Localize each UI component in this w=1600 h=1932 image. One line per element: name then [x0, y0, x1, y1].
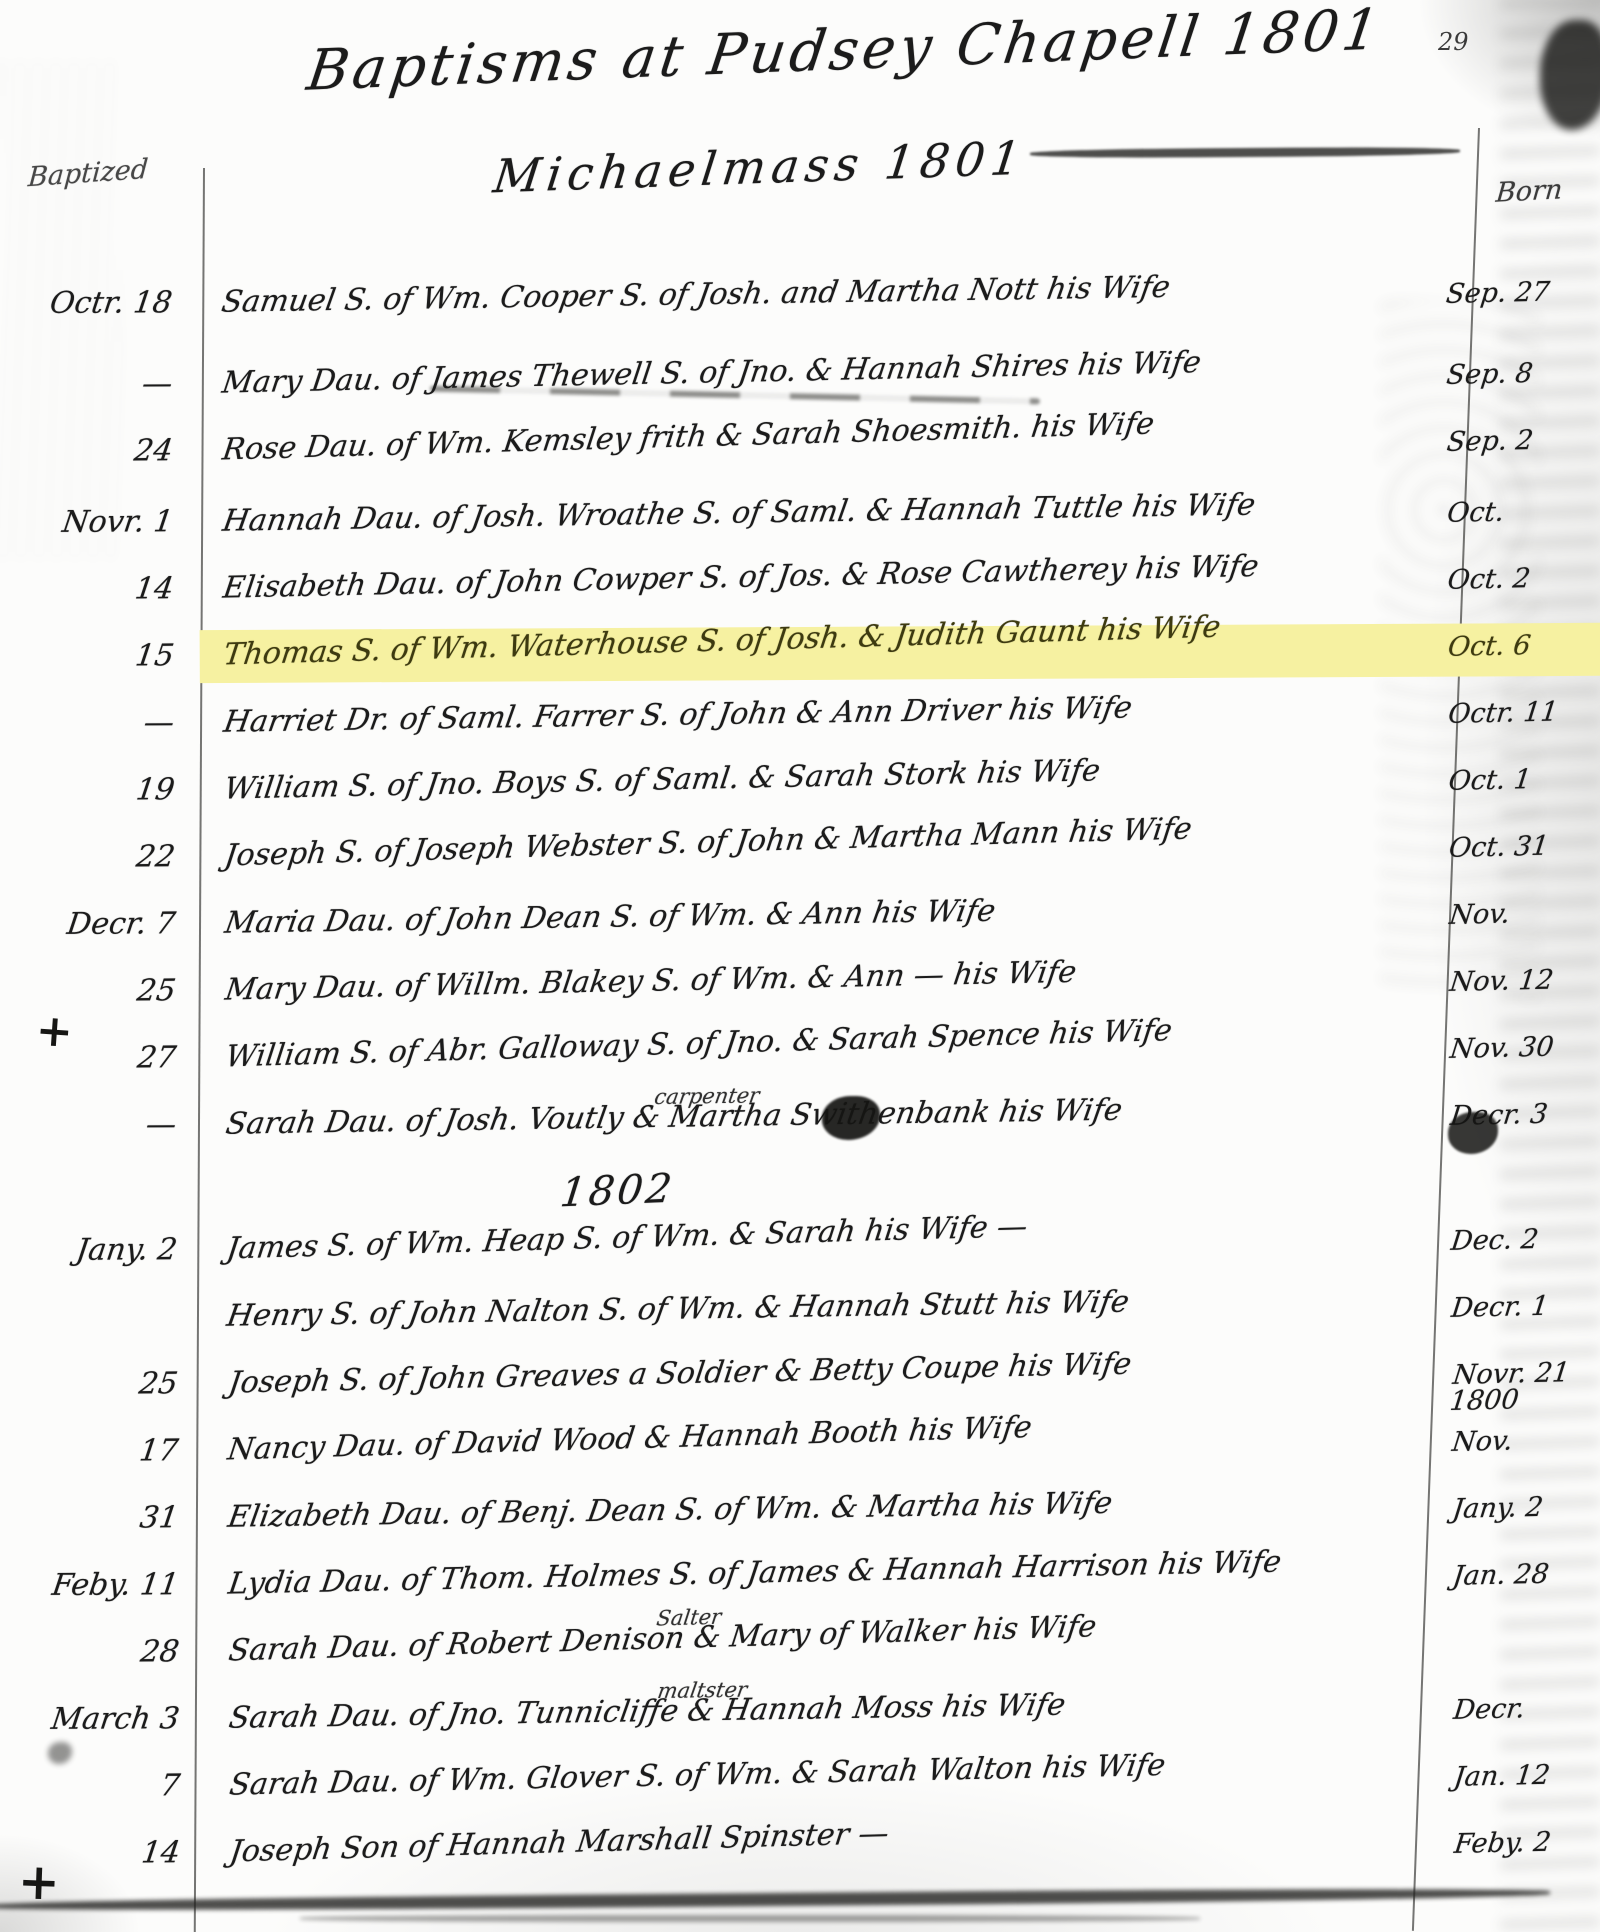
entry-body: Elizabeth Dau. of Benj. Dean S. of Wm. &… [204, 1493, 1600, 1535]
baptized-date: 14 [0, 571, 202, 607]
baptized-date: — [0, 705, 202, 741]
page-number: 29 [1438, 28, 1469, 56]
entry-body: Sarah Dau. of Josh. Voutly & Martha Swit… [202, 1100, 1600, 1142]
term-heading: Michaelmass 1801 [417, 128, 1103, 206]
baptized-date: 31 [0, 1500, 207, 1536]
margin-cross-mark: + [34, 1005, 74, 1058]
born-date: Feby. 2 [1452, 1826, 1600, 1865]
column-header-born: Born [1495, 174, 1564, 209]
born-date: Nov. [1450, 1424, 1600, 1463]
bottom-ink-streak-faint [300, 1915, 1200, 1922]
born-date: Jan. 12 [1452, 1759, 1600, 1798]
baptized-date: 15 [0, 638, 202, 674]
inserted-word: maltster [656, 1678, 749, 1703]
entry-body: Henry S. of John Nalton S. of Wm. & Hann… [203, 1292, 1600, 1334]
page-title: Baptisms at Pudsey Chapell 1801 [266, 0, 1424, 105]
born-date: Oct. [1445, 495, 1599, 534]
born-date: Nov. 12 [1447, 964, 1600, 1003]
born-date: Oct. 6 [1446, 629, 1600, 668]
born-date: Octr. 11 [1446, 696, 1600, 735]
baptized-date: 27 [0, 1040, 204, 1076]
entry-body: James S. of Wm. Heap S. of Wm. & Sarah h… [203, 1225, 1600, 1267]
born-date: Sep. 8 [1444, 357, 1598, 396]
baptized-date: 19 [0, 772, 203, 808]
inserted-word: carpenter [653, 1083, 761, 1109]
entry-body: Maria Dau. of John Dean S. of Wm. & Ann … [201, 899, 1599, 941]
entry-body: Mary Dau. of James Thewell S. of Jno. & … [198, 359, 1596, 401]
entry-body: William S. of Abr. Galloway S. of Jno. &… [202, 1033, 1600, 1075]
register-row: —Sarah Dau. of Josh. Voutly & Martha Swi… [0, 1100, 1600, 1175]
born-date: Jany. 2 [1450, 1491, 1600, 1530]
baptized-date: — [0, 366, 201, 402]
baptized-date: Octr. 18 [0, 285, 200, 321]
entry-body: Sarah Dau. of Jno. Tunnicliffe & Hannah … [205, 1694, 1600, 1736]
born-date: Nov. 30 [1448, 1031, 1600, 1070]
born-date: Oct. 1 [1446, 763, 1600, 802]
entry-body: William S. of Jno. Boys S. of Saml. & Sa… [200, 765, 1598, 807]
entry-body: Hannah Dau. of Josh. Wroathe S. of Saml.… [199, 497, 1597, 539]
entry-body: Elisabeth Dau. of John Cowper S. of Jos.… [199, 564, 1597, 606]
year-heading: 1802 [558, 1166, 677, 1217]
born-date: Decr. [1451, 1692, 1600, 1731]
baptized-date: 7 [1, 1768, 208, 1804]
born-date: Novr. 21 1800 [1448, 1357, 1600, 1414]
born-date: Oct. 31 [1447, 830, 1600, 869]
baptized-date: Feby. 11 [0, 1567, 207, 1603]
entry-body: Thomas S. of Wm. Waterhouse S. of Josh. … [200, 623, 1600, 683]
entry-body: Samuel S. of Wm. Cooper S. of Josh. and … [198, 278, 1596, 320]
top-right-ink-blot [1540, 20, 1600, 130]
baptized-date: Jany. 2 [0, 1232, 205, 1268]
baptized-date: 17 [0, 1433, 206, 1469]
baptized-date [1, 1299, 203, 1300]
born-date: Decr. 1 [1449, 1290, 1600, 1329]
born-date: Jan. 28 [1451, 1558, 1600, 1597]
baptized-date: March 3 [1, 1701, 208, 1737]
entry-body: Lydia Dau. of Thom. Holmes S. of James &… [204, 1560, 1600, 1602]
baptized-date: Decr. 7 [0, 906, 203, 942]
inserted-word: Salter [655, 1605, 723, 1631]
baptized-date: — [0, 1107, 205, 1143]
baptized-date: 22 [0, 839, 203, 875]
born-date: Sep. 27 [1444, 276, 1598, 315]
born-date: Sep. 2 [1445, 424, 1599, 463]
baptized-date: Novr. 1 [0, 504, 201, 540]
born-date: Dec. 2 [1449, 1223, 1600, 1262]
entry-body: Sarah Dau. of Wm. Glover S. of Wm. & Sar… [206, 1761, 1600, 1803]
entry-body: Nancy Dau. of David Wood & Hannah Booth … [204, 1426, 1600, 1468]
baptized-date: 28 [1, 1634, 208, 1670]
entry-text: Samuel S. of Wm. Cooper S. of Josh. and … [195, 265, 1448, 320]
born-date: Nov. [1447, 897, 1600, 936]
entry-body: Joseph S. of Joseph Webster S. of John &… [201, 832, 1599, 874]
born-date: Oct. 2 [1445, 562, 1599, 601]
entry-body: Sarah Dau. of Robert Denison & Mary of W… [205, 1627, 1600, 1669]
entry-body: Rose Dau. of Wm. Kemsley frith & Sarah S… [199, 426, 1597, 468]
baptized-date: 25 [0, 1366, 206, 1402]
register-page-scan: Baptisms at Pudsey Chapell 1801 29 Micha… [0, 0, 1600, 1932]
baptism-entries-list: Octr. 18Samuel S. of Wm. Cooper S. of Jo… [0, 278, 1600, 1903]
entry-body: Harriet Dr. of Saml. Farrer S. of John &… [200, 698, 1598, 740]
column-header-baptized: Baptized [27, 154, 149, 194]
baptized-date: 25 [0, 973, 204, 1009]
entry-body: Joseph Son of Hannah Marshall Spinster —… [206, 1828, 1600, 1870]
born-date [1451, 1625, 1600, 1664]
entry-body: Mary Dau. of Willm. Blakey S. of Wm. & A… [201, 966, 1599, 1008]
baptized-date: 24 [0, 433, 201, 469]
